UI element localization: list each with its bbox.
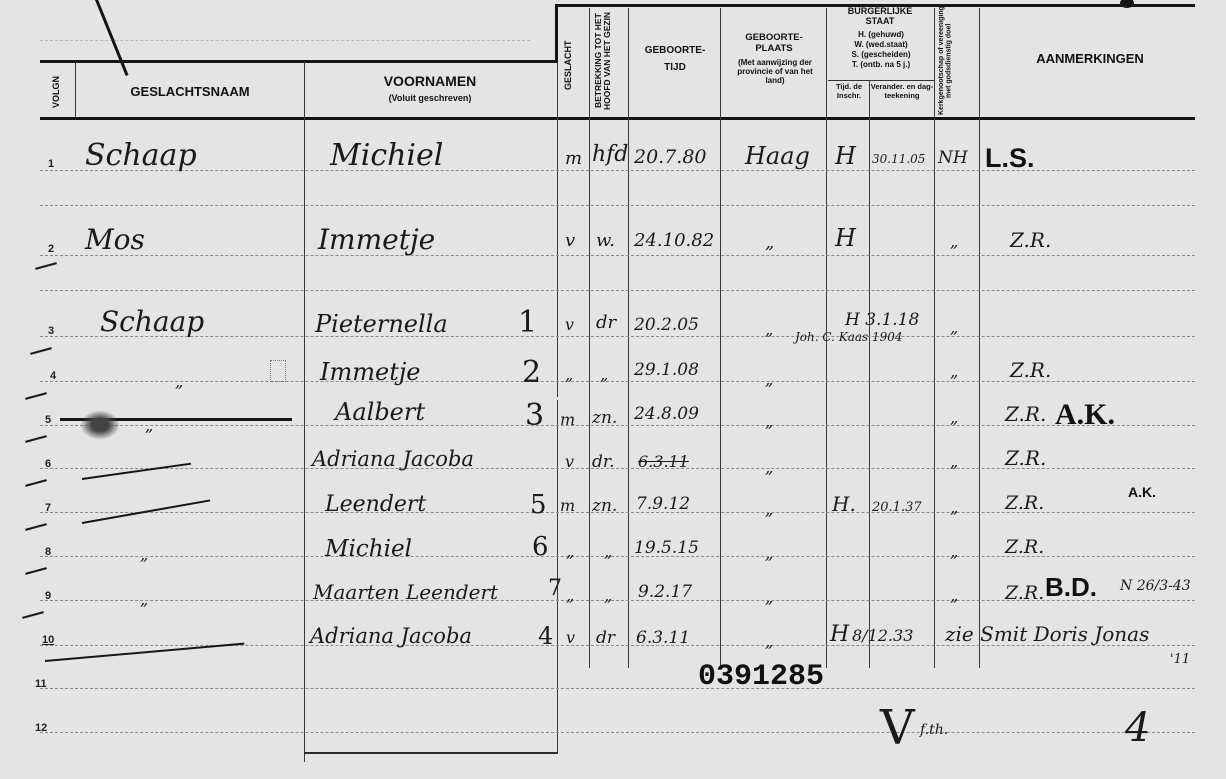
child-number: 7	[548, 576, 562, 601]
relation: zn.	[592, 408, 617, 428]
margin-tick	[22, 611, 44, 619]
row-number: 7	[45, 502, 51, 514]
child-number: 4	[538, 622, 553, 650]
church: „	[950, 232, 958, 251]
row-line-12	[40, 732, 1195, 733]
birth-place: „	[765, 632, 773, 651]
remark: Z.R.	[1005, 582, 1044, 604]
birth-date: 20.2.05	[634, 315, 699, 335]
birth-date: 24.8.09	[634, 404, 699, 424]
stamp-ls: L.S.	[985, 143, 1035, 174]
voornamen-box-bottom	[304, 752, 558, 754]
row-number: 4	[50, 370, 56, 382]
birth-date: 9.2.17	[638, 582, 692, 602]
row-number: 10	[42, 634, 54, 646]
civil-status-date: 8/12.33	[852, 626, 913, 645]
birth-place: „	[765, 412, 773, 431]
child-number: 1	[518, 305, 537, 340]
child-number: 5	[530, 490, 547, 520]
remark: Z.R.	[1005, 446, 1046, 470]
header-bs-s: S. (gescheiden)	[828, 50, 934, 59]
stamp-smudge	[270, 360, 286, 382]
header-volgnr: VOLGN	[52, 68, 61, 116]
margin-tick	[25, 435, 47, 443]
remark: Z.R.	[1010, 228, 1051, 252]
serial-number-stamp: 0391285	[698, 660, 824, 694]
header-voornamen-sub: (Voluit geschreven)	[330, 93, 530, 103]
sex: v	[565, 452, 574, 471]
relation: zn.	[592, 496, 617, 516]
given-names: Aalbert	[335, 398, 425, 426]
surname: Schaap	[85, 138, 197, 173]
relation: „	[604, 542, 612, 561]
sex: „	[566, 542, 574, 561]
remark: Z.R.	[1010, 358, 1051, 382]
row-number: 3	[48, 325, 54, 337]
margin-tick	[30, 347, 52, 355]
sex: „	[566, 586, 574, 605]
surname: Mos	[85, 223, 145, 256]
header-bs-w: W. (wed.staat)	[828, 40, 934, 49]
col-div-betrekking	[628, 8, 629, 668]
birth-place: „	[765, 370, 773, 389]
sex: v	[565, 230, 575, 251]
relation: dr.	[592, 452, 615, 472]
birth-date-struck: 6.3.11	[638, 452, 689, 471]
margin-tick	[25, 523, 47, 531]
death-note: N 26/3-43	[1120, 578, 1191, 594]
header-burgerlijke-staat: BURGERLIJKE STAAT	[840, 6, 920, 27]
birth-place: „	[765, 588, 773, 607]
header-aanmerkingen: AANMERKINGEN	[985, 52, 1195, 67]
birth-place: „	[765, 500, 773, 519]
row-line-2	[40, 255, 1195, 256]
v-check-mark: V	[880, 700, 915, 756]
birth-place: „	[765, 458, 773, 477]
col-div-geboortetijd	[720, 8, 721, 668]
civil-status: H	[830, 622, 849, 647]
row-line-11	[40, 688, 1195, 689]
row-number: 8	[45, 546, 51, 558]
header-bs-verander: Verander. en dag-teekening	[870, 83, 934, 100]
row-number: 11	[35, 678, 47, 690]
civil-status-note: Joh. C. Kaas 1904	[795, 330, 903, 344]
surname-ditto: „	[140, 545, 148, 564]
v-initials: f.th.	[920, 722, 948, 738]
header-geboortetijd-1: GEBOORTE-	[630, 45, 720, 57]
given-names: Immetje	[320, 358, 421, 386]
row-number: 6	[45, 458, 51, 470]
civil-status-date: 30.11.05	[872, 152, 925, 166]
remark-reference: zie Smit Doris Jonas	[945, 622, 1149, 646]
row-line-1b	[40, 205, 1195, 206]
sex: „	[565, 365, 573, 384]
civil-status: H	[835, 142, 856, 170]
remark: Z.R.	[1005, 402, 1046, 426]
child-number: 2	[522, 355, 541, 390]
col-div-geslachtsnaam	[304, 62, 305, 762]
stamp-ak: A.K.	[1055, 398, 1115, 432]
relation: „	[600, 365, 608, 384]
church: NH	[938, 148, 968, 168]
surname-ditto: „	[145, 416, 153, 435]
sex: m	[560, 410, 575, 429]
given-names: Adriana Jacoba	[312, 447, 474, 471]
birth-date: 24.10.82	[634, 230, 714, 251]
margin-tick	[25, 479, 47, 487]
header-step-vertical	[555, 4, 558, 62]
civil-status-date: 20.1.37	[872, 500, 922, 515]
row-number: 12	[35, 722, 47, 734]
birth-date: 20.7.80	[634, 146, 707, 168]
sex: v	[565, 315, 574, 334]
surname: Schaap	[100, 305, 204, 338]
header-kerkgenootschap: Kerkgenootschap of vereeniging met godsd…	[938, 6, 978, 116]
sex: m	[560, 496, 575, 515]
relation: dr	[596, 628, 615, 648]
margin-tick	[35, 262, 57, 270]
relation: dr	[596, 312, 616, 333]
row-number: 2	[48, 243, 54, 255]
header-bs-h: H. (gehuwd)	[828, 30, 934, 39]
remark: Z.R.	[1005, 492, 1044, 514]
given-names: Pieternella	[315, 310, 448, 338]
given-names: Michiel	[325, 536, 412, 562]
pen-stroke	[95, 0, 128, 76]
row-line-2b	[40, 290, 1195, 291]
stamp-ak-small: A.K.	[1128, 484, 1156, 500]
strike-line	[82, 463, 191, 480]
header-betrekking: BETREKKING TOT HET HOOFD VAN HET GEZIN	[594, 8, 624, 114]
stamp-bd: B.D.	[1045, 572, 1097, 603]
civil-status: H.	[832, 492, 856, 516]
header-bs-t: T. (ontb. na 5 j.)	[828, 60, 934, 69]
remark-year: '11	[1170, 652, 1190, 667]
header-geboorteplaats-2: PLAATS	[722, 44, 826, 55]
birth-date: 29.1.08	[634, 360, 699, 380]
row-number: 5	[45, 414, 51, 426]
birth-date: 19.5.15	[634, 538, 699, 558]
col-div-kerk	[979, 8, 980, 668]
child-number: 6	[532, 532, 549, 562]
church: „	[950, 362, 958, 381]
margin-tick	[25, 392, 47, 400]
col-div-geslacht	[589, 8, 590, 668]
birth-place: Haag	[745, 142, 810, 170]
header-geboorteplaats-sub: (Met aanwijzing der provincie of van het…	[728, 58, 822, 86]
header-top-border	[40, 60, 557, 63]
child-number: 3	[525, 398, 544, 433]
relation: hfd	[592, 142, 628, 167]
church: „	[950, 408, 958, 427]
margin-tick	[25, 567, 47, 575]
church: „	[950, 542, 958, 561]
col-div-bs-mid	[869, 80, 870, 668]
sex: v	[566, 628, 575, 647]
birth-place: „	[765, 544, 773, 563]
given-names: Immetje	[318, 223, 435, 256]
row-number: 1	[48, 158, 54, 170]
birth-date: 6.3.11	[636, 628, 690, 648]
header-geslachtsnaam: GESLACHTSNAAM	[100, 85, 280, 100]
given-names: Michiel	[330, 138, 443, 173]
header-bs-tijd: Tijd. de Inschr.	[828, 83, 870, 100]
header-voornamen: VOORNAMEN	[330, 73, 530, 89]
birth-place: „	[765, 320, 773, 339]
col-div-bs	[934, 8, 935, 668]
church: „	[950, 498, 958, 517]
church: „	[950, 452, 958, 471]
church: „	[950, 318, 958, 337]
row-number: 9	[45, 590, 51, 602]
ink-blot	[80, 410, 120, 440]
surname-ditto: „	[175, 372, 183, 391]
row-line-3	[40, 336, 1195, 337]
remark-number: 4	[1125, 705, 1150, 751]
relation: w.	[596, 230, 615, 251]
bs-sub-divider	[828, 80, 934, 81]
header-geslacht: GESLACHT	[564, 20, 573, 110]
civil-status: H	[835, 224, 856, 252]
col-div-volgnr	[75, 62, 76, 117]
remark: Z.R.	[1005, 536, 1044, 558]
birth-date: 7.9.12	[636, 494, 690, 514]
relation: „	[604, 586, 612, 605]
church: „	[950, 586, 958, 605]
birth-place: „	[765, 232, 774, 253]
given-names: Maarten Leendert	[313, 580, 498, 604]
header-bottom-border	[40, 117, 1195, 120]
civil-status: H 3.1.18	[845, 310, 919, 330]
given-names: Adriana Jacoba	[310, 624, 472, 648]
given-names: Leendert	[325, 492, 426, 517]
col-div-voornamen	[557, 62, 558, 397]
sex: m	[565, 148, 582, 169]
header-geboortetijd-2: TIJD	[630, 62, 720, 74]
surname-ditto: „	[140, 590, 148, 609]
